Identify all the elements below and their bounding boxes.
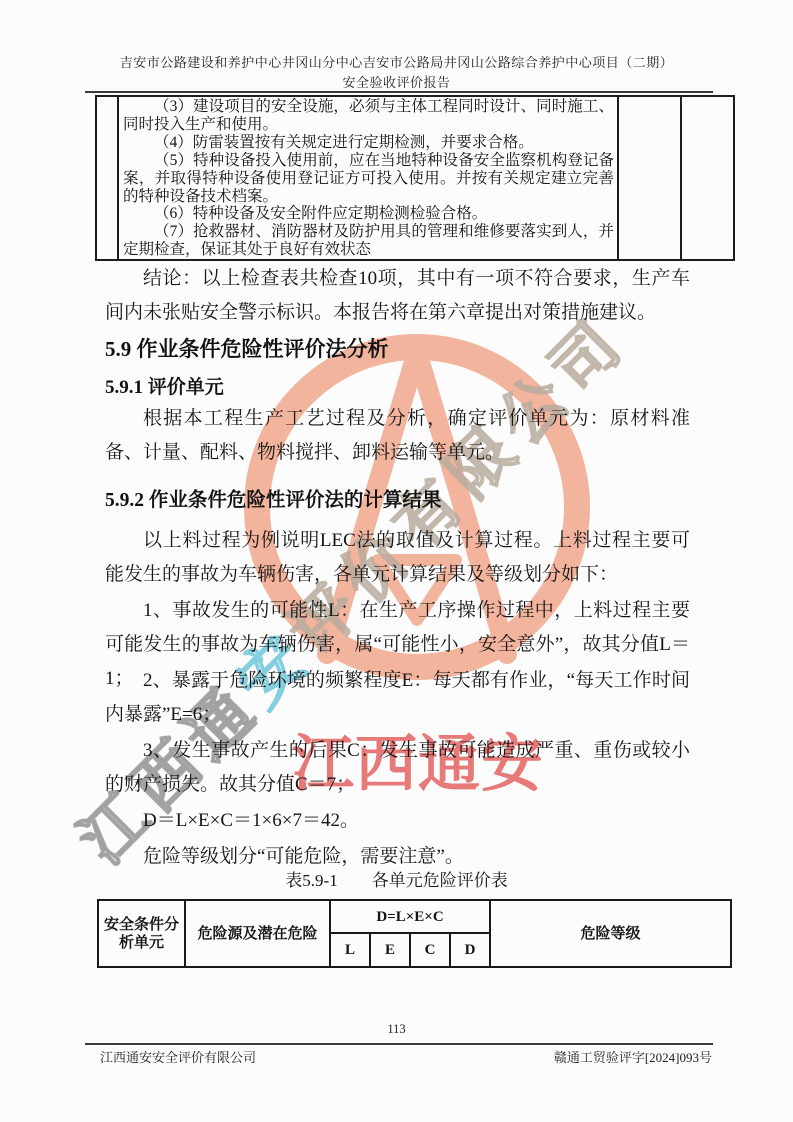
checklist-table: （3）建设项目的安全设施，必须与主体工程同时设计、同时施工、同时投入生产和使用。… — [95, 95, 735, 261]
checklist-item-7: （7）抢救器材、消防器材及防护用具的管理和维修要落实到人，并定期检查，保证其处于… — [123, 223, 614, 259]
header-rule — [85, 91, 713, 93]
section-heading-5-9-1: 5.9.1 评价单元 — [105, 372, 224, 399]
rating-subcol-l: L — [330, 933, 370, 967]
rating-col-hazard: 危险源及潜在危险 — [185, 900, 330, 967]
checklist-table-row: （3）建设项目的安全设施，必须与主体工程同时设计、同时施工、同时投入生产和使用。… — [96, 96, 734, 260]
rating-col-grade: 危险等级 — [490, 900, 731, 967]
formula-paragraph: D＝L×E×C＝1×6×7＝42。 — [105, 804, 690, 838]
checklist-item-5: （5）特种设备投入使用前，应在当地特种设备安全监察机构登记备案，并取得特种设备使… — [123, 152, 614, 206]
footer-company: 江西通安安全评价有限公司 — [100, 1047, 256, 1066]
checklist-cell-remark — [681, 96, 734, 260]
section-heading-5-9: 5.9 作业条件危险性评价法分析 — [105, 333, 389, 363]
checklist-cell-content: （3）建设项目的安全设施，必须与主体工程同时设计、同时施工、同时投入生产和使用。… — [118, 96, 618, 260]
header-report-title: 安全验收评价报告 — [0, 72, 793, 91]
rating-col-formula: D=L×E×C — [330, 900, 490, 933]
checklist-item-4: （4）防雷装置按有关规定进行定期检测，并要求合格。 — [123, 134, 614, 152]
rating-subcol-c: C — [410, 933, 450, 967]
conclusion-paragraph: 结论：以上检查表共检查10项，其中有一项不符合要求，生产车间内未张贴安全警示标识… — [105, 262, 690, 330]
rating-table-caption: 表5.9-1 各单元危险评价表 — [0, 866, 793, 891]
document-page: 江西通安评价有限公司 江西通安 吉安市公路建设和养护中心井冈山分中心吉安市公路局… — [0, 0, 793, 1122]
lec-intro-paragraph: 以上料过程为例说明LEC法的取值及计算过程。上料过程主要可能发生的事故为车辆伤害… — [105, 524, 690, 592]
section-heading-5-9-2: 5.9.2 作业条件危险性评价法的计算结果 — [105, 484, 441, 512]
page-number: 113 — [0, 1022, 793, 1037]
rating-table: 安全条件分析单元 危险源及潜在危险 D=L×E×C 危险等级 L E C D — [97, 899, 732, 968]
evaluation-unit-paragraph: 根据本工程生产工艺过程及分析，确定评价单元为：原材料准备、计量、配料、物料搅拌、… — [105, 402, 690, 470]
checklist-item-3: （3）建设项目的安全设施，必须与主体工程同时设计、同时施工、同时投入生产和使用。 — [123, 98, 614, 134]
checklist-item-6: （6）特种设备及安全附件应定期检测检验合格。 — [123, 205, 614, 223]
footer-doc-number: 赣通工贸验评字[2024]093号 — [554, 1047, 712, 1066]
checklist-cell-result — [618, 96, 681, 260]
rating-table-header-row-1: 安全条件分析单元 危险源及潜在危险 D=L×E×C 危险等级 — [98, 900, 731, 933]
factor-e-paragraph: 2、暴露于危险环境的频繁程度E：每天都有作业，“每天工作时间内暴露”E=6； — [105, 664, 690, 732]
header-project-title: 吉安市公路建设和养护中心井冈山分中心吉安市公路局井冈山公路综合养护中心项目（二期… — [0, 52, 793, 71]
rating-subcol-d: D — [450, 933, 490, 967]
factor-c-paragraph: 3、发生事故产生的后果C：发生事故可能造成严重、重伤或较小的财产损失。故其分值C… — [105, 734, 690, 802]
rating-subcol-e: E — [370, 933, 410, 967]
rating-col-unit: 安全条件分析单元 — [98, 900, 185, 967]
checklist-cell-index — [96, 96, 118, 260]
footer-rule — [85, 1043, 713, 1045]
